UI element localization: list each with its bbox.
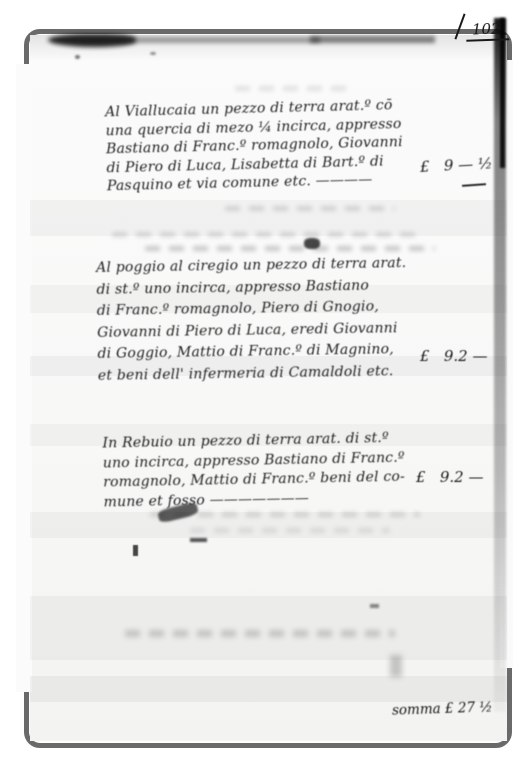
bleedthrough-text-artifact [190, 528, 390, 533]
bleedthrough-text-artifact [235, 86, 355, 91]
ink-stroke-artifact [133, 545, 138, 556]
ink-speck-artifact [150, 52, 156, 55]
ink-blot-artifact [390, 655, 402, 677]
ink-speck-artifact [370, 604, 379, 608]
bleedthrough-text-artifact [145, 246, 435, 251]
ink-stroke-artifact [190, 538, 207, 542]
amount-lire: £ 9 — ½ [420, 154, 493, 176]
entry-paragraph: Al poggio al ciregio un pezzo di terra a… [96, 252, 470, 387]
ink-smear-top-artifact [310, 36, 435, 43]
entry-paragraph: In Rebuio un pezzo di terra arat. di st.… [102, 428, 465, 513]
ink-speck-artifact [75, 55, 80, 59]
bleedthrough-text-artifact [125, 630, 395, 637]
entry-paragraph: Al Viallucaia un pezzo di terra arat.º c… [105, 95, 459, 196]
manuscript-scan-view: 102 Al Viallucaia un pezzo di terra arat… [0, 0, 520, 760]
bleedthrough-text-artifact [225, 206, 395, 211]
bleedthrough-text-artifact [112, 232, 422, 237]
amount-lire: £ 9.2 — [416, 468, 483, 486]
scan-band-artifact [30, 676, 507, 702]
scan-band-artifact [30, 596, 507, 660]
ink-smear-top-artifact [120, 37, 320, 43]
folio-number: 102 [466, 19, 509, 41]
ink-blot-artifact [304, 238, 320, 249]
amount-lire: £ 9.2 — [420, 347, 487, 365]
